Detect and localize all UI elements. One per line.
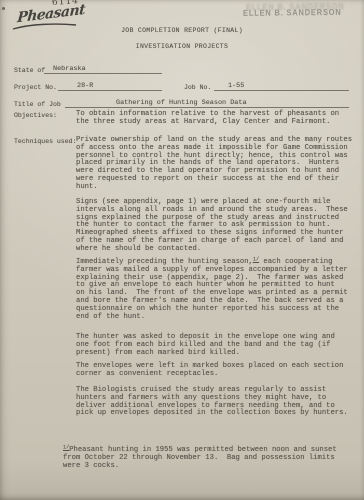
techniques-paragraph-2: Signs (see appendix, page 1) were placed… bbox=[76, 199, 364, 254]
footnote-text: Pheasant hunting in 1955 was permitted b… bbox=[63, 446, 337, 470]
techniques-label: Techniques used: bbox=[14, 138, 76, 145]
techniques-paragraph-5: The envelopes were left in marked boxes … bbox=[76, 363, 364, 379]
state-label: State of bbox=[14, 67, 45, 74]
techniques-paragraph-3: Immediately preceding the hunting season… bbox=[76, 259, 364, 321]
objectives-label: Objectives: bbox=[14, 112, 57, 119]
paragraph-3-text-start: Immediately preceding the hunting season… bbox=[76, 258, 253, 266]
project-value: 28-R bbox=[77, 82, 93, 90]
project-blank: 28-R bbox=[58, 81, 162, 91]
job-title-blank: Gathering of Hunting Season Data bbox=[65, 98, 349, 108]
objectives-text: To obtain information relative to the ha… bbox=[76, 111, 364, 127]
scan-mark-dot bbox=[2, 7, 5, 10]
state-value: Nebraska bbox=[53, 65, 86, 73]
job-value: 1-55 bbox=[228, 82, 244, 90]
title-row: Title of Job Gathering of Hunting Season… bbox=[0, 98, 364, 108]
techniques-paragraph-6: The Biologists cruised the study areas r… bbox=[76, 387, 364, 418]
scanned-page: 6114 Pheasant ELLEN B. SANDERSON JOB COM… bbox=[0, 0, 364, 500]
techniques-paragraph-4: The hunter was asked to deposit in the e… bbox=[76, 334, 364, 357]
footnote: 1/Pheasant hunting in 1955 was permitted… bbox=[63, 447, 357, 470]
paragraph-3-text-rest: each cooperating farmer was mailed a sup… bbox=[76, 258, 348, 321]
project-job-row: Project No. 28-R Job No. 1-55 bbox=[0, 81, 364, 91]
state-row: State of Nebraska bbox=[0, 64, 364, 74]
job-title-label: Title of Job bbox=[14, 101, 61, 108]
job-title-value: Gathering of Hunting Season Data bbox=[116, 99, 247, 107]
report-title: JOB COMPLETION REPORT (FINAL) bbox=[0, 27, 364, 34]
job-blank: 1-55 bbox=[214, 81, 349, 91]
project-label: Project No. bbox=[14, 84, 57, 91]
report-subtitle: INVESTIGATION PROJECTS bbox=[0, 43, 364, 50]
techniques-paragraph-1: Private ownership of land on the study a… bbox=[76, 137, 364, 192]
state-blank: Nebraska bbox=[44, 64, 162, 74]
job-label: Job No. bbox=[184, 84, 211, 91]
name-stamp: ELLEN B. SANDERSON bbox=[243, 7, 342, 18]
